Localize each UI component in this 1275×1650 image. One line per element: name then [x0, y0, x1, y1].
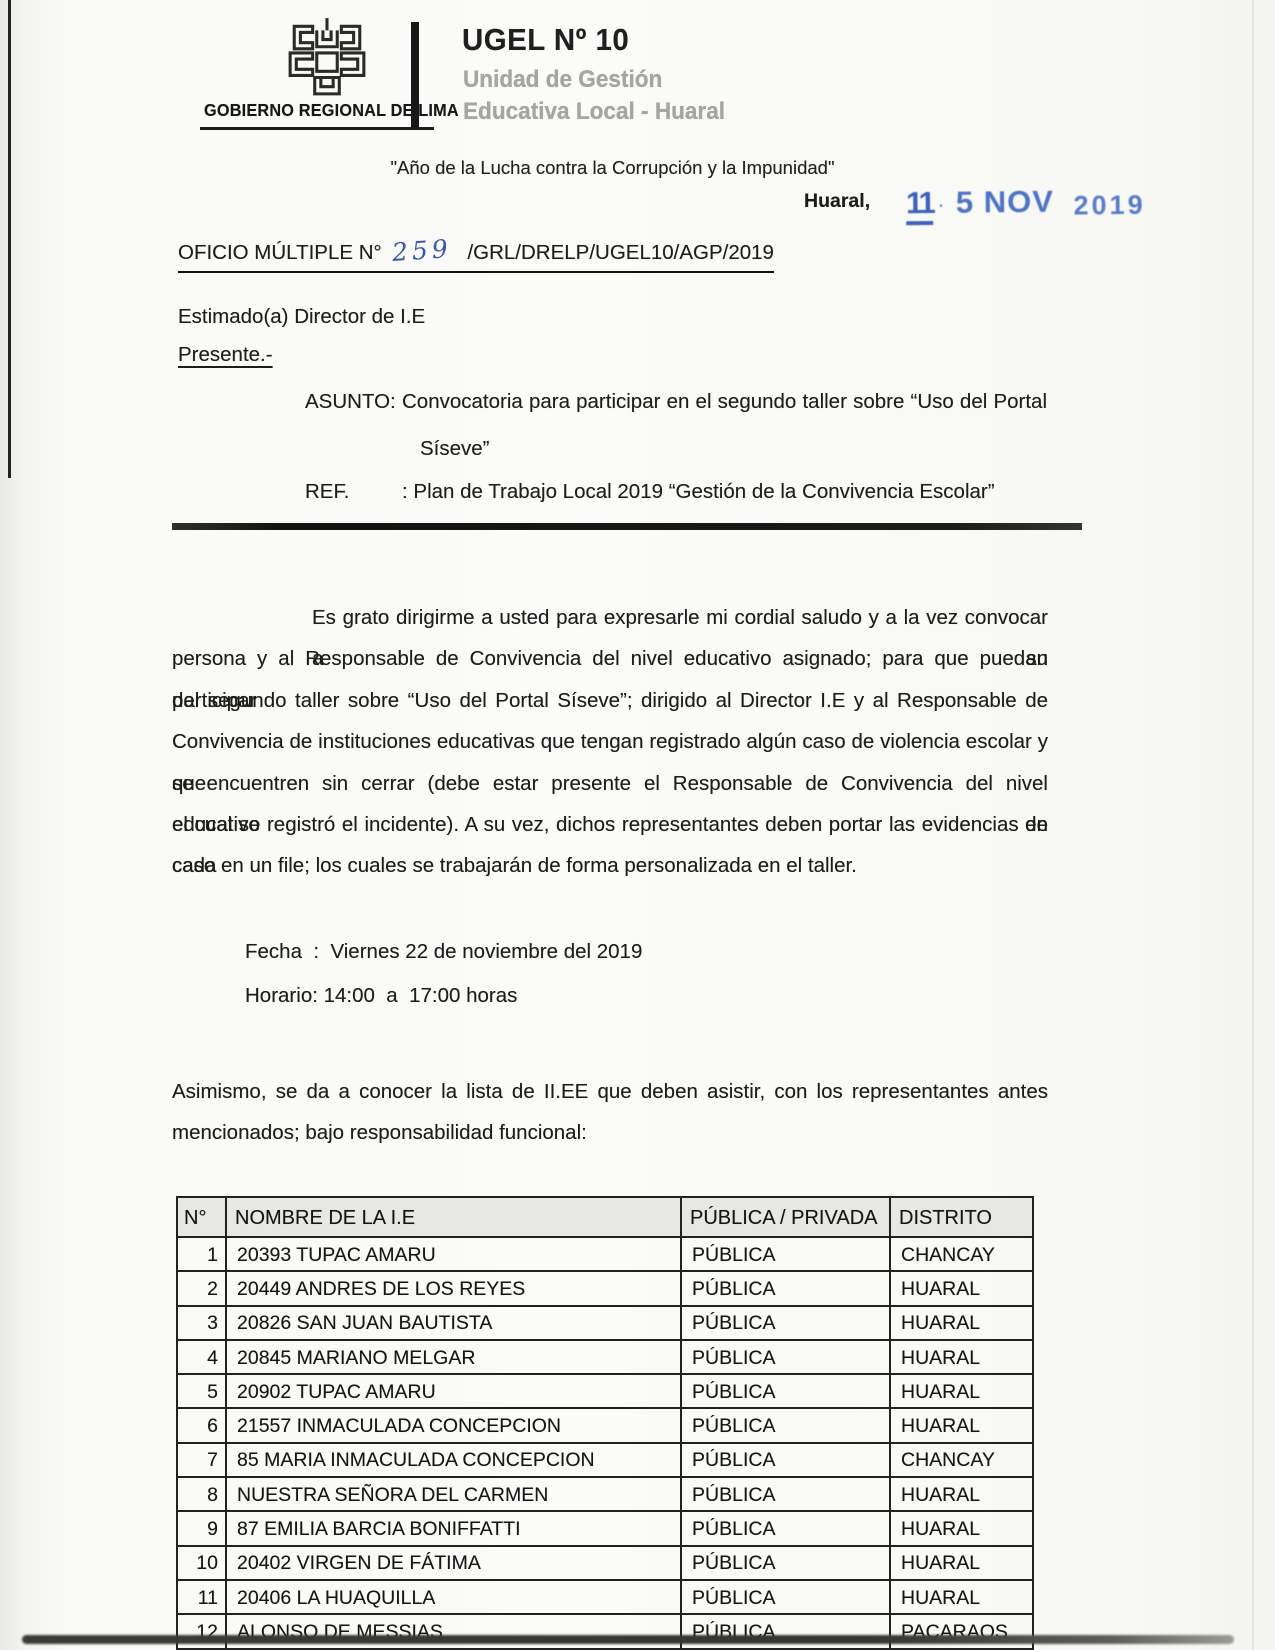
recipient-line: Estimado(a) Director de I.E — [178, 305, 425, 329]
column-header: N° — [177, 1197, 226, 1237]
table-cell: CHANCAY — [890, 1443, 1033, 1477]
date-received-stamp: 11. 5 NOV 2019 — [906, 183, 1146, 222]
year-slogan: "Año de la Lucha contra la Corrupción y … — [170, 157, 1055, 179]
table-row: 320826 SAN JUAN BAUTISTAPÚBLICAHUARAL — [177, 1306, 1033, 1340]
place-line: Huaral, — [804, 190, 870, 213]
scan-edge-bar-bottom — [22, 1635, 1234, 1644]
table-cell: PÚBLICA — [681, 1374, 890, 1408]
table-row: 1020402 VIRGEN DE FÁTIMAPÚBLICAHUARAL — [177, 1546, 1033, 1580]
paragraph-line: mencionados; bajo responsabilidad funcio… — [172, 1112, 1048, 1153]
table-row: 220449 ANDRES DE LOS REYESPÚBLICAHUARAL — [177, 1271, 1033, 1305]
table-cell: 20406 LA HUAQUILLA — [226, 1580, 681, 1614]
paragraph-line: Convivencia de instituciones educativas … — [172, 721, 1048, 762]
table-cell: 11 — [177, 1580, 226, 1614]
table-cell: 2 — [177, 1271, 226, 1305]
gobierno-regional-lima-logo-icon — [284, 16, 370, 98]
table-cell: 20449 ANDRES DE LOS REYES — [226, 1271, 681, 1305]
table-cell: PÚBLICA — [681, 1477, 890, 1511]
logo-caption: GOBIERNO REGIONAL DE LIMA — [204, 100, 459, 121]
table-cell: 20902 TUPAC AMARU — [226, 1374, 681, 1408]
table-cell: PÚBLICA — [681, 1306, 890, 1340]
table-cell: 5 — [177, 1374, 226, 1408]
table-cell: HUARAL — [890, 1408, 1033, 1442]
table-cell: HUARAL — [890, 1580, 1033, 1614]
org-name: UGEL Nº 10 — [462, 22, 629, 58]
stamp-year: 2019 — [1073, 190, 1145, 221]
schools-table-body: 120393 TUPAC AMARUPÚBLICACHANCAY220449 A… — [177, 1237, 1033, 1649]
paragraph-line: se encuentren sin cerrar (debe estar pre… — [172, 763, 1048, 804]
stamp-day: 11 — [906, 185, 933, 225]
scan-edge-line-left — [8, 0, 11, 478]
table-row: 520902 TUPAC AMARUPÚBLICAHUARAL — [177, 1374, 1033, 1408]
table-cell: 20402 VIRGEN DE FÁTIMA — [226, 1546, 681, 1580]
paragraph-line: caso en un file; los cuales se trabajará… — [172, 845, 1048, 886]
oficio-number-line: OFICIO MÚLTIPLE N°259/GRL/DRELP/UGEL10/A… — [178, 236, 774, 273]
table-cell: 6 — [177, 1408, 226, 1442]
oficio-handwritten-number: 259 — [391, 234, 453, 267]
table-cell: 9 — [177, 1511, 226, 1545]
table-cell: PÚBLICA — [681, 1340, 890, 1374]
table-cell: HUARAL — [890, 1546, 1033, 1580]
table-cell: 8 — [177, 1477, 226, 1511]
table-cell: 20826 SAN JUAN BAUTISTA — [226, 1306, 681, 1340]
table-cell: HUARAL — [890, 1511, 1033, 1545]
table-cell: HUARAL — [890, 1271, 1033, 1305]
table-cell: 10 — [177, 1546, 226, 1580]
table-cell: PÚBLICA — [681, 1443, 890, 1477]
table-header-row: N°NOMBRE DE LA I.EPÚBLICA / PRIVADADISTR… — [177, 1197, 1033, 1237]
paragraph-line: el cual se registró el incidente). A su … — [172, 804, 1048, 845]
table-cell: PÚBLICA — [681, 1546, 890, 1580]
table-row: 987 EMILIA BARCIA BONIFFATTIPÚBLICAHUARA… — [177, 1511, 1033, 1545]
stamp-dot: . — [939, 194, 945, 211]
asunto-label: ASUNTO: — [305, 390, 396, 414]
asunto-text-line2: Síseve” — [420, 437, 490, 461]
column-header: NOMBRE DE LA I.E — [226, 1197, 681, 1237]
column-header: PÚBLICA / PRIVADA — [681, 1197, 890, 1237]
table-cell: 20393 TUPAC AMARU — [226, 1237, 681, 1271]
table-cell: 87 EMILIA BARCIA BONIFFATTI — [226, 1511, 681, 1545]
horario-line: Horario: 14:00 a 17:00 horas — [245, 984, 517, 1008]
table-cell: 20845 MARIANO MELGAR — [226, 1340, 681, 1374]
table-cell: PÚBLICA — [681, 1580, 890, 1614]
table-row: 420845 MARIANO MELGARPÚBLICAHUARAL — [177, 1340, 1033, 1374]
table-cell: 1 — [177, 1237, 226, 1271]
table-cell: 3 — [177, 1306, 226, 1340]
table-row: 621557 INMACULADA CONCEPCIONPÚBLICAHUARA… — [177, 1408, 1033, 1442]
header-separator-rule — [172, 523, 1082, 530]
table-cell: PÚBLICA — [681, 1408, 890, 1442]
table-cell: HUARAL — [890, 1477, 1033, 1511]
ref-label: REF. — [305, 480, 349, 504]
table-cell: HUARAL — [890, 1340, 1033, 1374]
table-row: 1120406 LA HUAQUILLAPÚBLICAHUARAL — [177, 1580, 1033, 1614]
oficio-prefix: OFICIO MÚLTIPLE N° — [178, 241, 382, 264]
letterhead-divider-bar — [411, 22, 419, 129]
org-subtitle-line1: Unidad de Gestión — [463, 66, 662, 94]
table-cell: 4 — [177, 1340, 226, 1374]
table-cell: HUARAL — [890, 1374, 1033, 1408]
body-paragraph-1: Es grato dirigirme a usted para expresar… — [172, 597, 1048, 887]
body-paragraph-2: Asimismo, se da a conocer la lista de II… — [172, 1071, 1048, 1154]
paragraph-line: Es grato dirigirme a usted para expresar… — [172, 597, 1048, 638]
paragraph-line: del segundo taller sobre “Uso del Portal… — [172, 680, 1048, 721]
table-row: 8NUESTRA SEÑORA DEL CARMENPÚBLICAHUARAL — [177, 1477, 1033, 1511]
scan-edge-line-right — [1252, 0, 1254, 1650]
oficio-suffix: /GRL/DRELP/UGEL10/AGP/2019 — [467, 241, 774, 264]
presente-line: Presente.- — [178, 343, 273, 367]
table-cell: NUESTRA SEÑORA DEL CARMEN — [226, 1477, 681, 1511]
table-cell: HUARAL — [890, 1306, 1033, 1340]
paragraph-line: Asimismo, se da a conocer la lista de II… — [172, 1071, 1048, 1112]
ref-text: : Plan de Trabajo Local 2019 “Gestión de… — [402, 480, 995, 504]
logo-underline — [200, 127, 434, 130]
table-row: 120393 TUPAC AMARUPÚBLICACHANCAY — [177, 1237, 1033, 1271]
table-cell: PÚBLICA — [681, 1511, 890, 1545]
stamp-month: 5 NOV — [956, 184, 1054, 220]
table-cell: PÚBLICA — [681, 1271, 890, 1305]
schools-table: N°NOMBRE DE LA I.EPÚBLICA / PRIVADADISTR… — [176, 1196, 1034, 1650]
table-row: 785 MARIA INMACULADA CONCEPCIONPÚBLICACH… — [177, 1443, 1033, 1477]
fecha-line: Fecha : Viernes 22 de noviembre del 2019 — [245, 940, 642, 964]
scanned-document-page: GOBIERNO REGIONAL DE LIMA UGEL Nº 10 Uni… — [0, 0, 1275, 1650]
table-cell: CHANCAY — [890, 1237, 1033, 1271]
table-cell: 21557 INMACULADA CONCEPCION — [226, 1408, 681, 1442]
paragraph-line: persona y al Responsable de Convivencia … — [172, 638, 1048, 679]
org-subtitle-line2: Educativa Local - Huaral — [463, 98, 725, 126]
table-cell: 7 — [177, 1443, 226, 1477]
asunto-text-line1: Convocatoria para participar en el segun… — [402, 390, 1047, 414]
table-cell: 85 MARIA INMACULADA CONCEPCION — [226, 1443, 681, 1477]
column-header: DISTRITO — [890, 1197, 1033, 1237]
table-cell: PÚBLICA — [681, 1237, 890, 1271]
